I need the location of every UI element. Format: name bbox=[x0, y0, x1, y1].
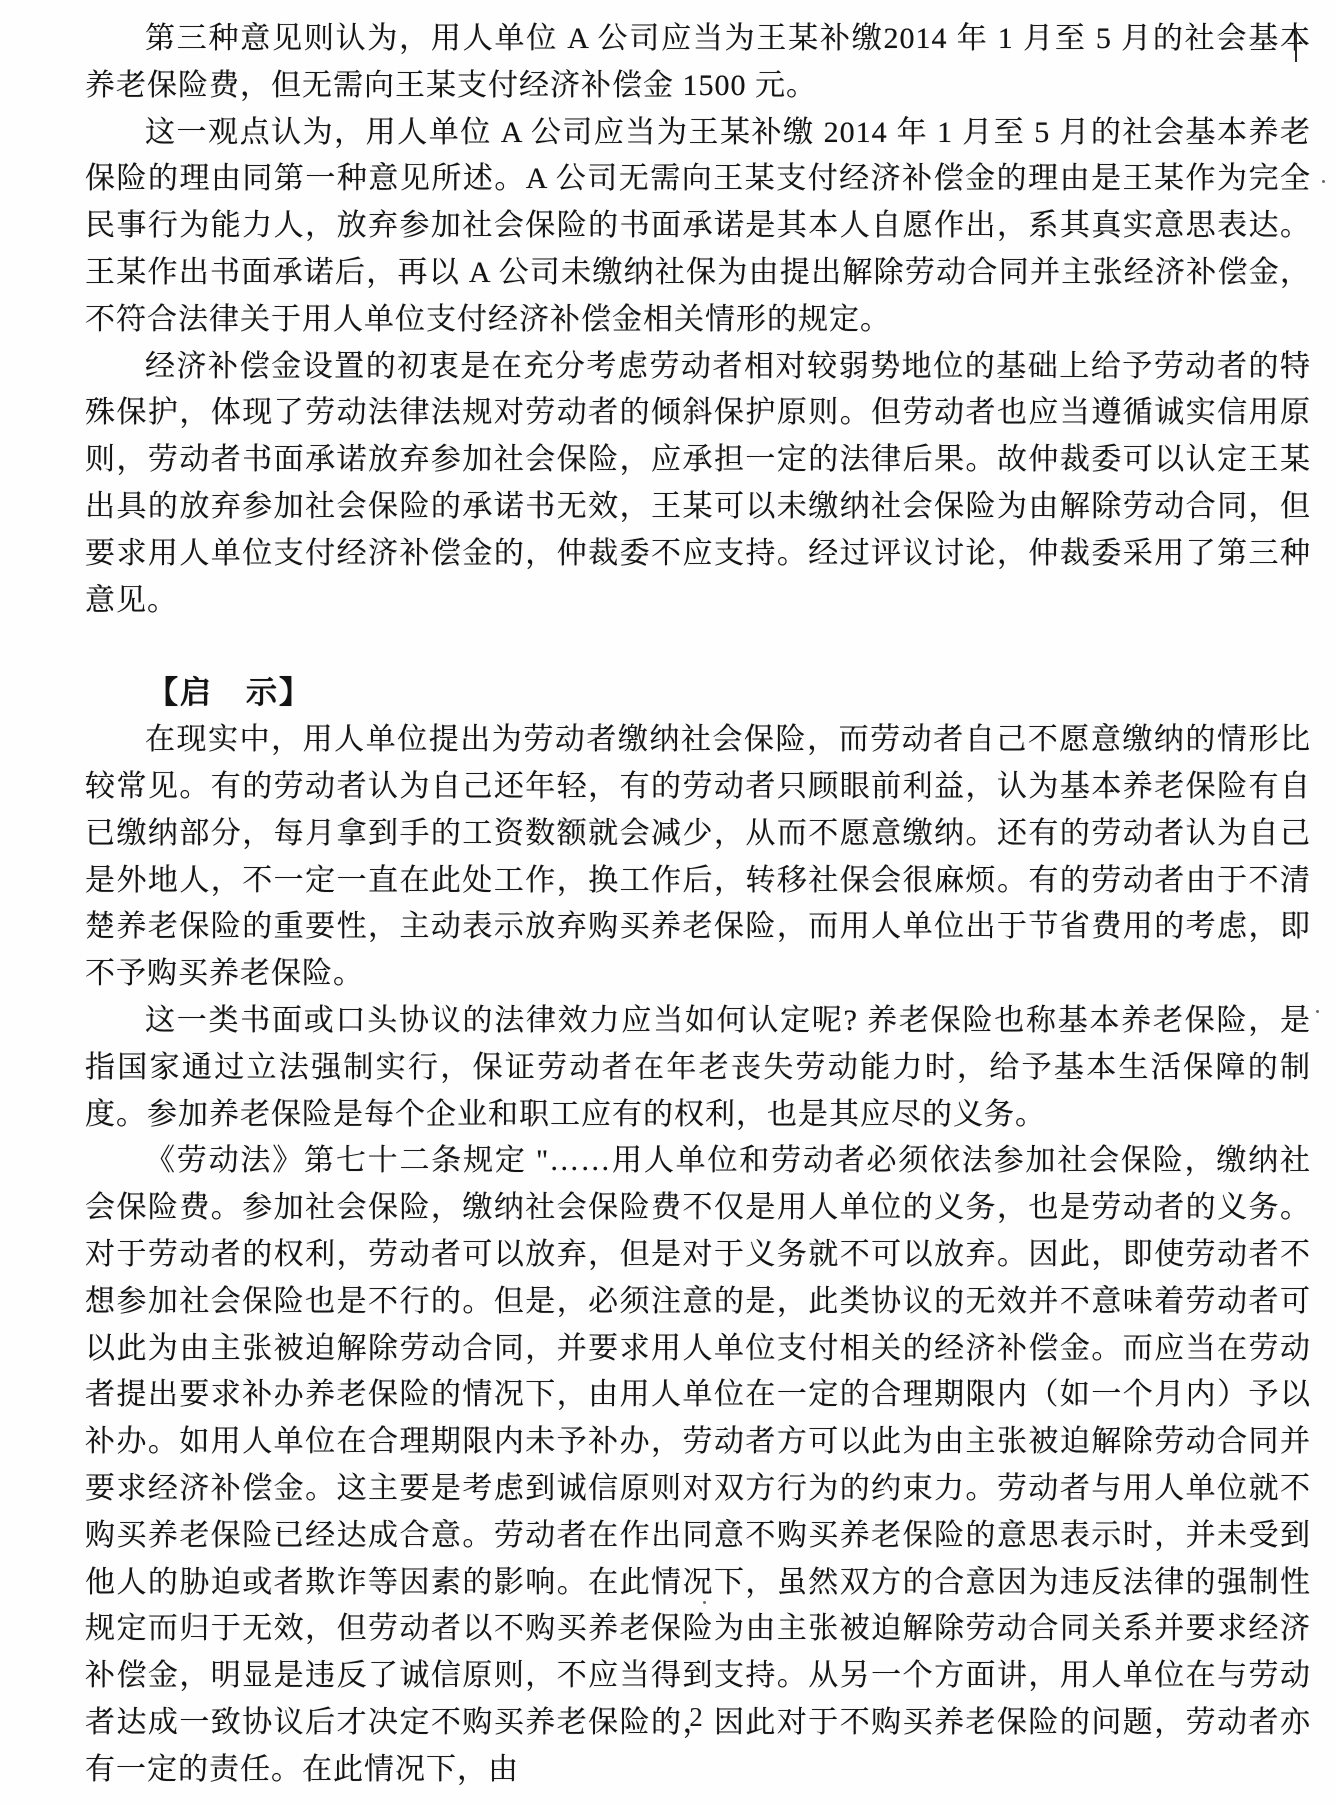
scan-artifact-line bbox=[1295, 28, 1297, 62]
paragraph-compensation-principle: 经济补偿金设置的初衷是在充分考虑劳动者相对较弱势地位的基础上给予劳动者的特殊保护… bbox=[85, 344, 1311, 625]
paragraph-agreement-validity: 这一类书面或口头协议的法律效力应当如何认定呢? 养老保险也称基本养老保险，是指国… bbox=[85, 998, 1311, 1138]
scan-speck bbox=[1316, 1010, 1319, 1013]
document-page: 第三种意见则认为，用人单位 A 公司应当为王某补缴2014 年 1 月至 5 月… bbox=[0, 0, 1335, 1805]
scan-speck bbox=[703, 1601, 706, 1604]
paragraph-labor-law-article72: 《劳动法》第七十二条规定 "……用人单位和劳动者必须依法参加社会保险，缴纳社会保… bbox=[85, 1138, 1311, 1793]
page-number: · 2 · bbox=[85, 1702, 1311, 1733]
paragraph-reality-cases: 在现实中，用人单位提出为劳动者缴纳社会保险，而劳动者自己不愿意缴纳的情形比较常见… bbox=[85, 717, 1311, 998]
section-heading-revelation: 【启 示】 bbox=[85, 670, 1311, 717]
text-column: 第三种意见则认为，用人单位 A 公司应当为王某补缴2014 年 1 月至 5 月… bbox=[85, 16, 1311, 1793]
scan-speck bbox=[1322, 180, 1325, 183]
paragraph-opinion-reasoning: 这一观点认为，用人单位 A 公司应当为王某补缴 2014 年 1 月至 5 月的… bbox=[85, 110, 1311, 344]
paragraph-opinion-three: 第三种意见则认为，用人单位 A 公司应当为王某补缴2014 年 1 月至 5 月… bbox=[85, 16, 1311, 110]
